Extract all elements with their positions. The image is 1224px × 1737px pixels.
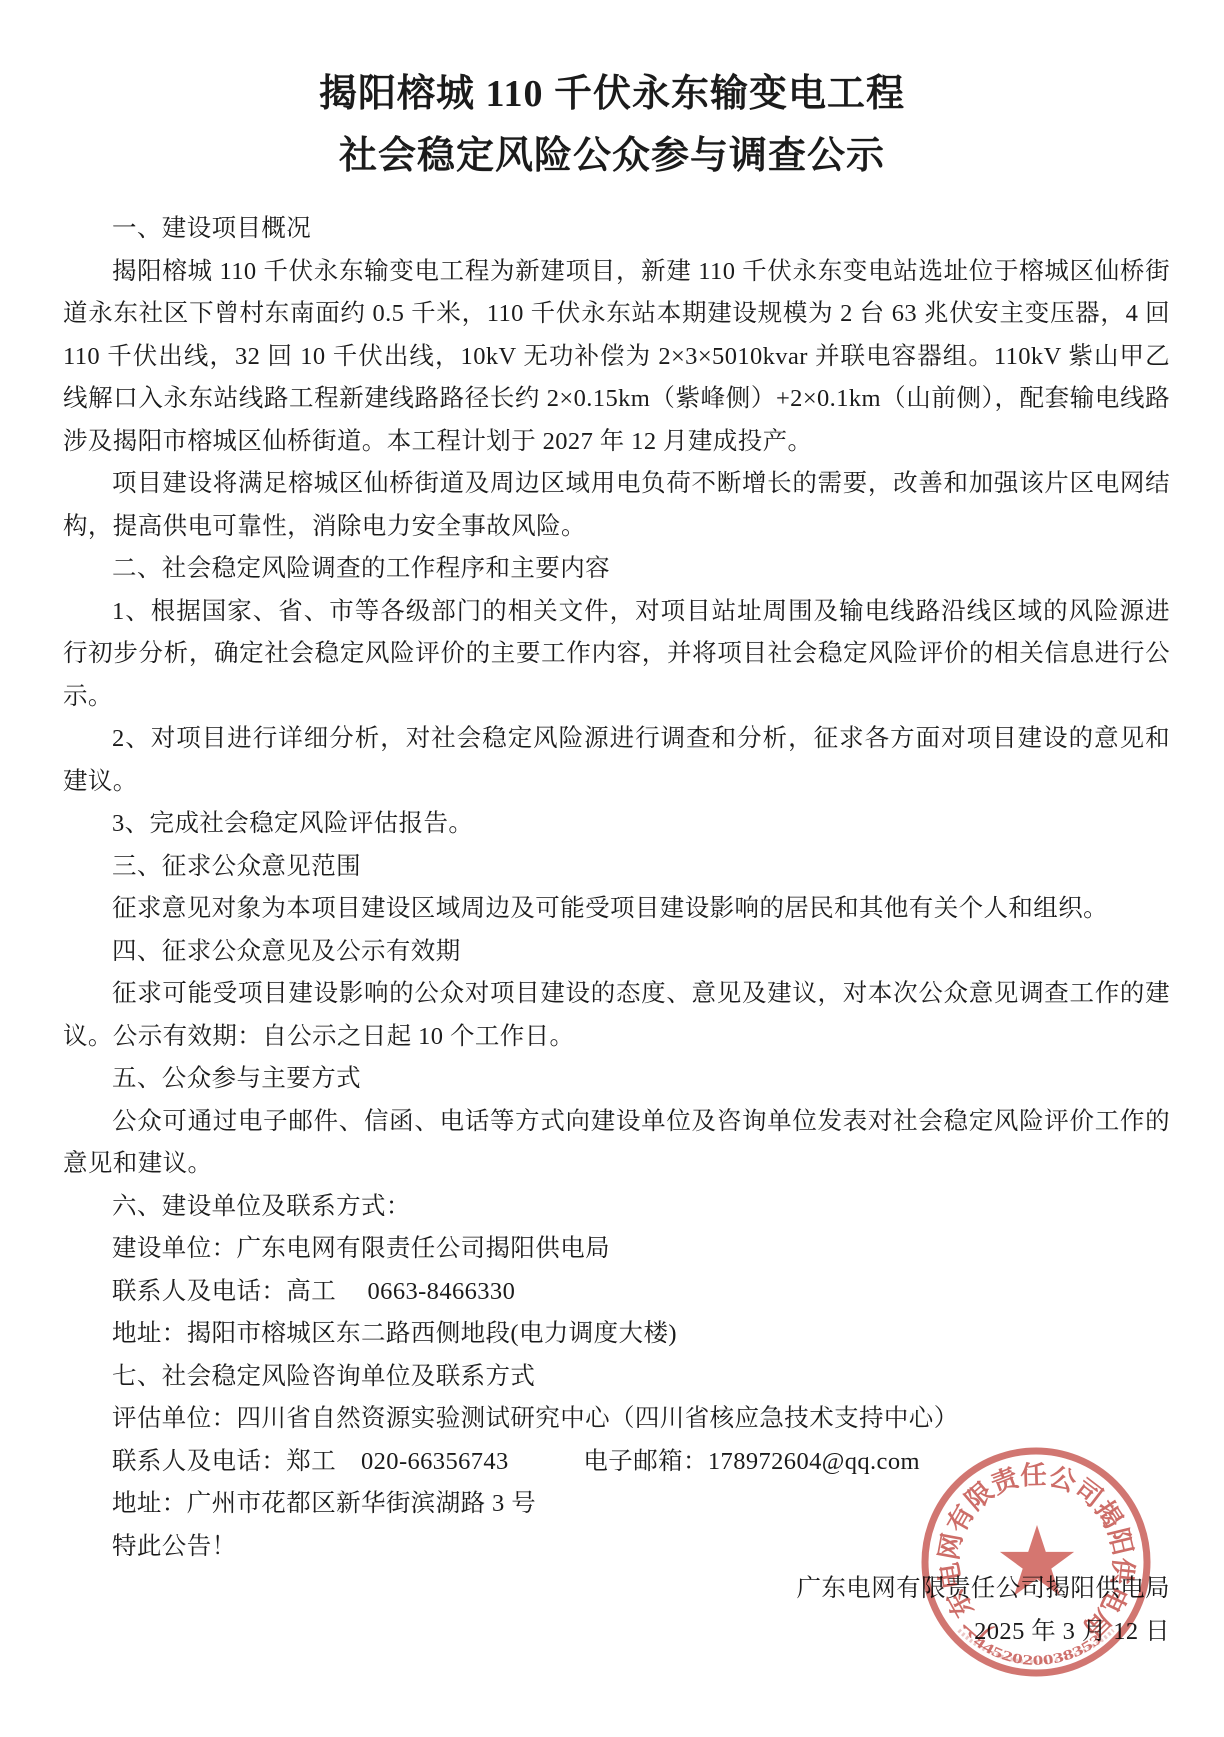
paragraph: 三、征求公众意见范围 bbox=[63, 846, 1170, 889]
signature-date: 2025 年 3 月 12 日 bbox=[63, 1611, 1170, 1654]
document-title-line1: 揭阳榕城 110 千伏永东输变电工程 bbox=[0, 63, 1224, 125]
paragraph: 公众可通过电子邮件、信函、电话等方式向建设单位及咨询单位发表对社会稳定风险评价工… bbox=[63, 1101, 1170, 1186]
paragraph: 联系人及电话：高工 0663-8466330 bbox=[63, 1271, 1170, 1314]
paragraph: 建设单位：广东电网有限责任公司揭阳供电局 bbox=[63, 1228, 1170, 1271]
paragraph: 项目建设将满足榕城区仙桥街道及周边区域用电负荷不断增长的需要，改善和加强该片区电… bbox=[63, 463, 1170, 548]
paragraph: 3、完成社会稳定风险评估报告。 bbox=[63, 803, 1170, 846]
signature-company: 广东电网有限责任公司揭阳供电局 bbox=[63, 1568, 1170, 1611]
document-title-line2: 社会稳定风险公众参与调查公示 bbox=[0, 125, 1224, 187]
paragraph: 联系人及电话：郑工 020-66356743 电子邮箱：178972604@qq… bbox=[63, 1441, 1170, 1484]
document-title: 揭阳榕城 110 千伏永东输变电工程 社会稳定风险公众参与调查公示 bbox=[0, 0, 1224, 187]
paragraph: 一、建设项目概况 bbox=[63, 208, 1170, 251]
paragraph: 2、对项目进行详细分析，对社会稳定风险源进行调查和分析，征求各方面对项目建设的意… bbox=[63, 718, 1170, 803]
notice-page: 揭阳榕城 110 千伏永东输变电工程 社会稳定风险公众参与调查公示 一、建设项目… bbox=[0, 0, 1224, 1737]
paragraph: 七、社会稳定风险咨询单位及联系方式 bbox=[63, 1356, 1170, 1399]
paragraph: 五、公众参与主要方式 bbox=[63, 1058, 1170, 1101]
paragraph: 征求意见对象为本项目建设区域周边及可能受项目建设影响的居民和其他有关个人和组织。 bbox=[63, 888, 1170, 931]
paragraph: 评估单位：四川省自然资源实验测试研究中心（四川省核应急技术支持中心） bbox=[63, 1398, 1170, 1441]
paragraph: 揭阳榕城 110 千伏永东输变电工程为新建项目，新建 110 千伏永东变电站选址… bbox=[63, 251, 1170, 464]
paragraph: 地址：广州市花都区新华街滨湖路 3 号 bbox=[63, 1483, 1170, 1526]
paragraph: 二、社会稳定风险调查的工作程序和主要内容 bbox=[63, 548, 1170, 591]
paragraph: 六、建设单位及联系方式： bbox=[63, 1186, 1170, 1229]
paragraph: 四、征求公众意见及公示有效期 bbox=[63, 931, 1170, 974]
signature-block: 广东电网有限责任公司揭阳供电局2025 年 3 月 12 日 bbox=[63, 1568, 1170, 1653]
paragraph: 1、根据国家、省、市等各级部门的相关文件，对项目站址周围及输电线路沿线区域的风险… bbox=[63, 591, 1170, 719]
paragraph: 特此公告！ bbox=[63, 1526, 1170, 1569]
paragraph: 地址：揭阳市榕城区东二路西侧地段(电力调度大楼) bbox=[63, 1313, 1170, 1356]
document-body: 一、建设项目概况揭阳榕城 110 千伏永东输变电工程为新建项目，新建 110 千… bbox=[0, 208, 1224, 1653]
paragraph: 征求可能受项目建设影响的公众对项目建设的态度、意见及建议，对本次公众意见调查工作… bbox=[63, 973, 1170, 1058]
